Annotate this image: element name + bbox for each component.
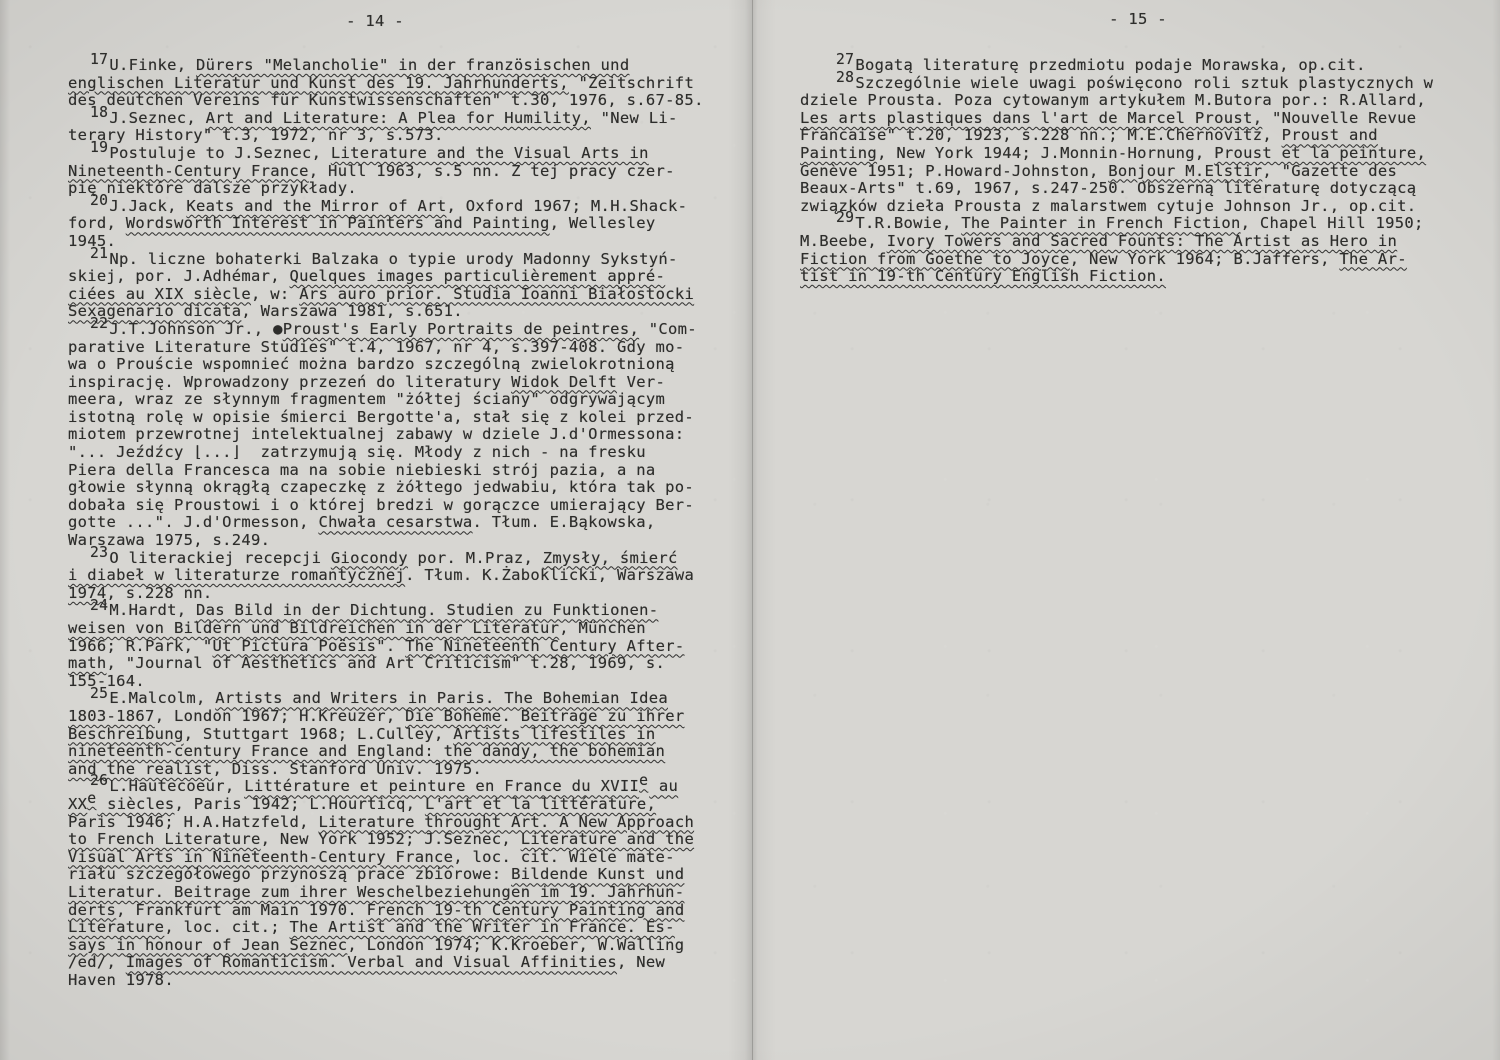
text-segment: Postuluje to J.Seznec, [109, 144, 331, 162]
footnote: 17U.Finke, Dürers "Melancholie" in der f… [68, 57, 718, 110]
title-segment: The Nineteenth Century After- [405, 637, 684, 655]
footnote-line: 24M.Hardt, Das Bild in der Dichtung. Stu… [68, 602, 718, 620]
title-segment: The Ar- [1339, 250, 1406, 268]
text-segment: Szczególnie wiele uwagi poświęcono roli … [855, 74, 1433, 92]
footnote-line: gotte ...". J.d'Ormesson, Chwała cesarst… [68, 514, 718, 532]
footnote-number: 29 [836, 209, 854, 226]
text-segment: , New York 1944; J.Monnin-Hornung, [877, 144, 1214, 162]
footnote-line: derts, Frankfurt am Main 1970. French 19… [68, 902, 718, 920]
footnote-number: 24 [90, 597, 108, 614]
title-segment: Literature throught Art. A New Approach [318, 813, 694, 831]
text-segment: Genève 1951; P.Howard-Johnston, [800, 162, 1108, 180]
footnote-number: 26 [90, 772, 108, 789]
title-segment: Bonjour M.Elstir [1108, 162, 1262, 180]
text-segment: . Tłum. E.Bąkowska, [473, 513, 656, 531]
text-segment: U.Finke, [109, 56, 196, 74]
text-segment: , Hull 1963, s.5 nn. Z tej pracy czer- [309, 162, 675, 180]
text-segment: , Warszawa 1981, s.651. [241, 302, 463, 320]
title-segment: derts [68, 901, 116, 919]
footnote-line: 29T.R.Bowie, The Painter in French Ficti… [800, 215, 1460, 233]
text-segment: T.R.Bowie, [855, 214, 961, 232]
footnote-line: 27Bogatą literaturę przedmiotu podaje Mo… [800, 57, 1460, 75]
title-segment: Images of Romanticism. Verbal and Visual… [126, 953, 617, 971]
title-segment: englischen Literatur und Kunst des 19. J… [68, 74, 569, 92]
title-segment: Ivory Towers and Sacred Founts: The Arti… [887, 232, 1397, 250]
text-segment: "Zeitschrift [569, 74, 694, 92]
footnote-line: 1945. [68, 233, 718, 251]
text-segment: Ver- [617, 373, 665, 391]
footnote-line: Beschreibung, Stuttgart 1968; L.Culley, … [68, 726, 718, 744]
footnote-number: 17 [90, 51, 108, 68]
title-segment: The Artist and the Writer in France. Es- [290, 918, 675, 936]
title-segment: i diabeł w literaturze romantycznej [68, 566, 405, 584]
footnote-line: 26L.Hautecoeur, Littérature et peinture … [68, 778, 718, 796]
text-segment: . Tłum. K.Żaboklicki, Warszawa [405, 566, 694, 584]
footnote-line: weisen von Bildern und Bildreichen in de… [68, 620, 718, 638]
text-segment: L.Hautecoeur, [109, 777, 244, 795]
text-segment: , s.228 nn. [107, 584, 213, 602]
title-segment: French 19-th Century Painting and [367, 901, 685, 919]
footnote: 23O literackiej recepcji Giocondy por. M… [68, 550, 718, 603]
title-segment: ciées au XIX siècle [68, 285, 251, 303]
text-segment: ford, [68, 214, 126, 232]
footnote-line: głowie słynną okrągłą czapeczkę z żółteg… [68, 479, 718, 497]
title-segment: nineteenth-century France and England: t… [68, 742, 665, 760]
footnote-line: Haven 1978. [68, 972, 718, 990]
footnote-line: ford, Wordsworth Interest in Painters an… [68, 215, 718, 233]
text-segment: parative Literature Studies" t.4, 1967, … [68, 338, 684, 356]
text-segment: , "Journal of Aesthetics and Art Critici… [107, 654, 666, 672]
footnote-line: związków dzieła Prousta z malarstwem cyt… [800, 198, 1460, 216]
footnote-line: 22J.T.Johnson Jr., ●Proust's Early Portr… [68, 321, 718, 339]
title-segment: Visual Arts in Nineteenth-Century France [68, 848, 453, 866]
footnote-line: Sexagenario dicata, Warszawa 1981, s.651… [68, 303, 718, 321]
footnote-line: i diabeł w literaturze romantycznej. Tłu… [68, 567, 718, 585]
text-segment: des deutchen Vereins für Kunstwissenscha… [68, 91, 704, 109]
footnote-line: Genève 1951; P.Howard-Johnston, Bonjour … [800, 163, 1460, 181]
text-segment: J.T.Johnson Jr., ● [109, 320, 282, 338]
text-segment: por. M.Praz, [408, 549, 543, 567]
text-segment: miotem przewrotnej intelektualnej zabawy… [68, 425, 684, 443]
text-segment: Bogatą literaturę przedmiotu podaje Mora… [855, 56, 1365, 74]
footnote: 27Bogatą literaturę przedmiotu podaje Mo… [800, 57, 1460, 75]
footnote-number: 19 [90, 139, 108, 156]
footnote-line: 28Szczególnie wiele uwagi poświęcono rol… [800, 75, 1460, 93]
title-segment: Widok Delft [511, 373, 617, 391]
text-segment: 1966; R.Park, " [68, 637, 212, 655]
text-segment: , New York 1964; B.Jaffers, [1070, 250, 1340, 268]
footnote-line: XXe siècles, Paris 1942; L.Hourticq, L'a… [68, 796, 718, 814]
text-segment: związków dzieła Prousta z malarstwem cyt… [800, 197, 1416, 215]
footnote-line: Painting, New York 1944; J.Monnin-Hornun… [800, 145, 1460, 163]
text-segment: , Paris 1942; L.Hourticq, [175, 795, 425, 813]
footnote-line: Paris 1946; H.A.Hatzfeld, Literature thr… [68, 814, 718, 832]
text-segment: , Stuttgart 1968; L.Culley, [184, 725, 454, 743]
footnote-line: 17U.Finke, Dürers "Melancholie" in der f… [68, 57, 718, 75]
title-segment: Literatur. Beitrage zum ihrer Weschelbez… [68, 883, 684, 901]
title-segment: Les arts plastiques dans l'art de Marcel… [800, 109, 1262, 127]
text-segment: "... Jeźdźcy ⌊...⌋ zatrzymują się. Młody… [68, 443, 646, 461]
footnote-line: Warszawa 1975, s.249. [68, 532, 718, 550]
title-segment: au [649, 777, 678, 795]
text-segment: , loc. cit. Wiele mate- [453, 848, 675, 866]
text-segment: ". [376, 637, 405, 655]
title-segment: L'art et la littérature, [425, 795, 656, 813]
footnote-line: Nineteenth-Century France, Hull 1963, s.… [68, 163, 718, 181]
footnote-line: pię niektóre dalsze przykłady. [68, 180, 718, 198]
footnote-line: Les arts plastiques dans l'art de Marcel… [800, 110, 1460, 128]
text-segment: Paris 1946; H.A.Hatzfeld, [68, 813, 318, 831]
footnote: 22J.T.Johnson Jr., ●Proust's Early Portr… [68, 321, 718, 550]
footnote-line: Visual Arts in Nineteenth-Century France… [68, 849, 718, 867]
text-segment: M.Beebe, [800, 232, 887, 250]
text-segment: meera, wraz ze słynnym fragmentem "żółte… [68, 390, 665, 408]
footnote-line: 20J.Jack, Keats and the Mirror of Art, O… [68, 198, 718, 216]
text-segment: "Com- [639, 320, 697, 338]
footnote-line: 19Postuluje to J.Seznec, Literature and … [68, 145, 718, 163]
footnote-line: miotem przewrotnej intelektualnej zabawy… [68, 426, 718, 444]
footnote-line: des deutchen Vereins für Kunstwissenscha… [68, 92, 718, 110]
footnote-line: Literatur. Beitrage zum ihrer Weschelbez… [68, 884, 718, 902]
text-segment: , Oxford 1967; M.H.Shack- [446, 197, 687, 215]
title-segment: 1803-1867 [68, 707, 155, 725]
footnote-line: 1966; R.Park, "Ut Pictura Poësis". The N… [68, 638, 718, 656]
book-gutter-fold [728, 0, 776, 1060]
scan-left-edge-shadow [0, 0, 10, 1060]
footnote-line: /ed/, Images of Romanticism. Verbal and … [68, 954, 718, 972]
footnote: 29T.R.Bowie, The Painter in French Ficti… [800, 215, 1460, 285]
footnote-line: 23O literackiej recepcji Giocondy por. M… [68, 550, 718, 568]
text-segment: pię niektóre dalsze przykłady. [68, 179, 357, 197]
text-segment: Francaise" t.20, 1923, s.228 nn.; M.E.Ch… [800, 126, 1282, 144]
footnote-line: Fiction from Goethe to Joyce, New York 1… [800, 251, 1460, 269]
page-14-footnotes: 17U.Finke, Dürers "Melancholie" in der f… [68, 57, 718, 989]
footnote-number: 22 [90, 315, 108, 332]
footnote-line: wa o Prouście wspomnieć można bardzo szc… [68, 356, 718, 374]
footnote-line: Beaux-Arts" t.69, 1967, s.247-250. Obsze… [800, 180, 1460, 198]
title-segment: Dürers "Melancholie" in der französische… [196, 56, 629, 74]
page-number-right: - 15 - [1048, 10, 1228, 28]
footnote-number: 20 [90, 192, 108, 209]
footnote: 19Postuluje to J.Seznec, Literature and … [68, 145, 718, 198]
footnote: 24M.Hardt, Das Bild in der Dichtung. Stu… [68, 602, 718, 690]
title-segment: Giocondy [331, 549, 408, 567]
text-segment: E.Malcolm, [109, 689, 215, 707]
title-segment: Ars auro prior. Studia Ioanni Białostock… [299, 285, 694, 303]
text-segment: , w: [251, 285, 299, 303]
footnote-line: Francaise" t.20, 1923, s.228 nn.; M.E.Ch… [800, 127, 1460, 145]
footnote-number: e [639, 772, 648, 789]
text-segment: terary History" t.3, 1972, nr 3, s.573. [68, 126, 444, 144]
title-segment: Keats and the Mirror of Art [186, 197, 446, 215]
scan-right-edge-shadow [1492, 0, 1500, 1060]
title-segment: Chwała cesarstwa [318, 513, 472, 531]
text-segment: , Frankfurt am Main 1970. [116, 901, 366, 919]
footnote-line: Piera della Francesca ma na sobie niebie… [68, 462, 718, 480]
title-segment: weisen von Bildern und Bildreichen in de… [68, 619, 559, 637]
text-segment: , London 1974; K.Kroeber, W.Walling [347, 936, 684, 954]
text-segment: M.Hardt, [109, 601, 196, 619]
text-segment: Haven 1978. [68, 971, 174, 989]
footnote: 26L.Hautecoeur, Littérature et peinture … [68, 778, 718, 989]
text-segment: , "Gazette des [1262, 162, 1397, 180]
text-segment: gotte ...". J.d'Ormesson, [68, 513, 318, 531]
text-segment: Np. liczne bohaterki Balzaka o typie uro… [109, 250, 677, 268]
footnote-line: M.Beebe, Ivory Towers and Sacred Founts:… [800, 233, 1460, 251]
text-segment: Beaux-Arts" t.69, 1967, s.247-250. Obsze… [800, 179, 1416, 197]
text-segment: skiej, por. J.Adhémar, [68, 267, 290, 285]
footnote-line: 21Np. liczne bohaterki Balzaka o typie u… [68, 251, 718, 269]
footnote-line: nineteenth-century France and England: t… [68, 743, 718, 761]
title-segment: Beschreibung [68, 725, 184, 743]
footnote-line: 1803-1867, London 1967; H.Kreuzer, Die B… [68, 708, 718, 726]
title-segment: Proust et la peinture, [1214, 144, 1426, 162]
footnote-line: riału szczegółowego przynoszą prace zbio… [68, 866, 718, 884]
title-segment: Nineteenth-Century France [68, 162, 309, 180]
footnote-line: meera, wraz ze słynnym fragmentem "żółte… [68, 391, 718, 409]
title-segment: Artists lifestiles in [453, 725, 655, 743]
text-segment: , New York 1952; J.Seznec, [261, 830, 521, 848]
footnote: 21Np. liczne bohaterki Balzaka o typie u… [68, 251, 718, 321]
text-segment: O literackiej recepcji [109, 549, 331, 567]
scanned-book-spread: { "pages": [ { "page_number": "- 14 -", … [0, 0, 1500, 1060]
text-segment: dobała się Proustowi i o której bredzi w… [68, 496, 694, 514]
title-segment: Literature and the [521, 830, 694, 848]
text-segment: głowie słynną okrągłą czapeczkę z żółteg… [68, 478, 694, 496]
footnote-line: inspirację. Wprowadzony przezeń do liter… [68, 374, 718, 392]
text-segment: dziele Prousta. Poza cytowanym artykułem… [800, 91, 1426, 109]
title-segment: Artists and Writers in Paris. The Bohemi… [215, 689, 668, 707]
text-segment: , Chapel Hill 1950; [1241, 214, 1424, 232]
footnote-line: dobała się Proustowi i o której bredzi w… [68, 497, 718, 515]
text-segment: inspirację. Wprowadzony przezeń do liter… [68, 373, 511, 391]
title-segment: The Painter in French Fiction [961, 214, 1240, 232]
title-segment: says in honour of Jean Seznec [68, 936, 347, 954]
title-segment: Art and Literature: A Plea for Humility, [206, 109, 591, 127]
title-segment: Bildende Kunst und [511, 865, 684, 883]
text-segment: , London 1967; H.Kreuzer, [155, 707, 405, 725]
text-segment: , New [617, 953, 665, 971]
footnote-line: to French Literature, New York 1952; J.S… [68, 831, 718, 849]
title-segment: Beitrage zu ihrer [521, 707, 685, 725]
title-segment: Fiction from Goethe to Joyce [800, 250, 1070, 268]
title-segment: Die Boheme [405, 707, 501, 725]
footnote-number: 25 [90, 685, 108, 702]
footnote-line: "... Jeźdźcy ⌊...⌋ zatrzymują się. Młody… [68, 444, 718, 462]
text-segment: istotną rolę w opisie śmierci Bergotte'a… [68, 408, 694, 426]
title-segment: Quelques images particulièrement appré- [290, 267, 666, 285]
footnote-line: tist in 19-th Century English Fiction. [800, 268, 1460, 286]
title-segment: Literature and the Visual Arts in [331, 144, 649, 162]
title-segment: Zmysły, śmierć [543, 549, 678, 567]
text-segment: J.Seznec, [109, 109, 205, 127]
footnote-number: 21 [90, 245, 108, 262]
page-number-left: - 14 - [285, 12, 465, 30]
text-segment: "Nouvelle Revue [1262, 109, 1416, 127]
footnote-line: dziele Prousta. Poza cytowanym artykułem… [800, 92, 1460, 110]
text-segment: wa o Prouście wspomnieć można bardzo szc… [68, 355, 675, 373]
footnote-number: 23 [90, 544, 108, 561]
footnote: 28Szczególnie wiele uwagi poświęcono rol… [800, 75, 1460, 216]
text-segment: , Diss. Stanford Univ. 1975. [212, 760, 482, 778]
footnote-line: 1974, s.228 nn. [68, 585, 718, 603]
footnote-line: math, "Journal of Aesthetics and Art Cri… [68, 655, 718, 673]
page-15-footnotes: 27Bogatą literaturę przedmiotu podaje Mo… [800, 57, 1460, 286]
footnote-number: 28 [836, 69, 854, 86]
footnote-line: 25E.Malcolm, Artists and Writers in Pari… [68, 690, 718, 708]
text-segment: /ed/, [68, 953, 126, 971]
footnote-line: skiej, por. J.Adhémar, Quelques images p… [68, 268, 718, 286]
text-segment: riału szczegółowego przynoszą prace zbio… [68, 865, 511, 883]
footnote: 20J.Jack, Keats and the Mirror of Art, O… [68, 198, 718, 251]
footnote-line: englischen Literatur und Kunst des 19. J… [68, 75, 718, 93]
footnote-line: 18J.Seznec, Art and Literature: A Plea f… [68, 110, 718, 128]
text-segment: J.Jack, [109, 197, 186, 215]
text-segment: , Wellesley [550, 214, 656, 232]
title-segment: to French Literature [68, 830, 261, 848]
footnote-line: and the realist, Diss. Stanford Univ. 19… [68, 761, 718, 779]
title-segment: Das Bild in der Dichtung. Studien zu Fun… [196, 601, 658, 619]
title-segment: Ut Pictura Poësis [212, 637, 376, 655]
title-segment: Proust and [1282, 126, 1378, 144]
footnote-line: says in honour of Jean Seznec, London 19… [68, 937, 718, 955]
footnote-number: 27 [836, 51, 854, 68]
footnote-number: 18 [90, 104, 108, 121]
title-segment: tist in 19-th Century English Fiction. [800, 267, 1166, 285]
title-segment: Littérature et peinture en France du XVI… [244, 777, 639, 795]
footnote-line: 155-164. [68, 673, 718, 691]
title-segment: Proust's Early Portraits de peintres, [283, 320, 639, 338]
title-segment: XX [68, 795, 87, 813]
title-segment: Literature [68, 918, 164, 936]
text-segment: , loc. cit.; [164, 918, 289, 936]
footnote-line: parative Literature Studies" t.4, 1967, … [68, 339, 718, 357]
footnote-line: istotną rolę w opisie śmierci Bergotte'a… [68, 409, 718, 427]
title-segment: siècles [97, 795, 174, 813]
title-segment: Painting [800, 144, 877, 162]
text-segment: Piera della Francesca ma na sobie niebie… [68, 461, 656, 479]
title-segment: Wordsworth Interest in Painters and Pain… [126, 214, 550, 232]
footnote-line: ciées au XIX siècle, w: Ars auro prior. … [68, 286, 718, 304]
text-segment: . [501, 707, 520, 725]
footnote-number: e [87, 790, 96, 807]
footnote: 25E.Malcolm, Artists and Writers in Pari… [68, 690, 718, 778]
footnote-line: Literature, loc. cit.; The Artist and th… [68, 919, 718, 937]
footnote: 18J.Seznec, Art and Literature: A Plea f… [68, 110, 718, 145]
text-segment: "New Li- [591, 109, 678, 127]
footnote-line: terary History" t.3, 1972, nr 3, s.573. [68, 127, 718, 145]
text-segment: , München [559, 619, 646, 637]
title-segment: math [68, 654, 107, 672]
